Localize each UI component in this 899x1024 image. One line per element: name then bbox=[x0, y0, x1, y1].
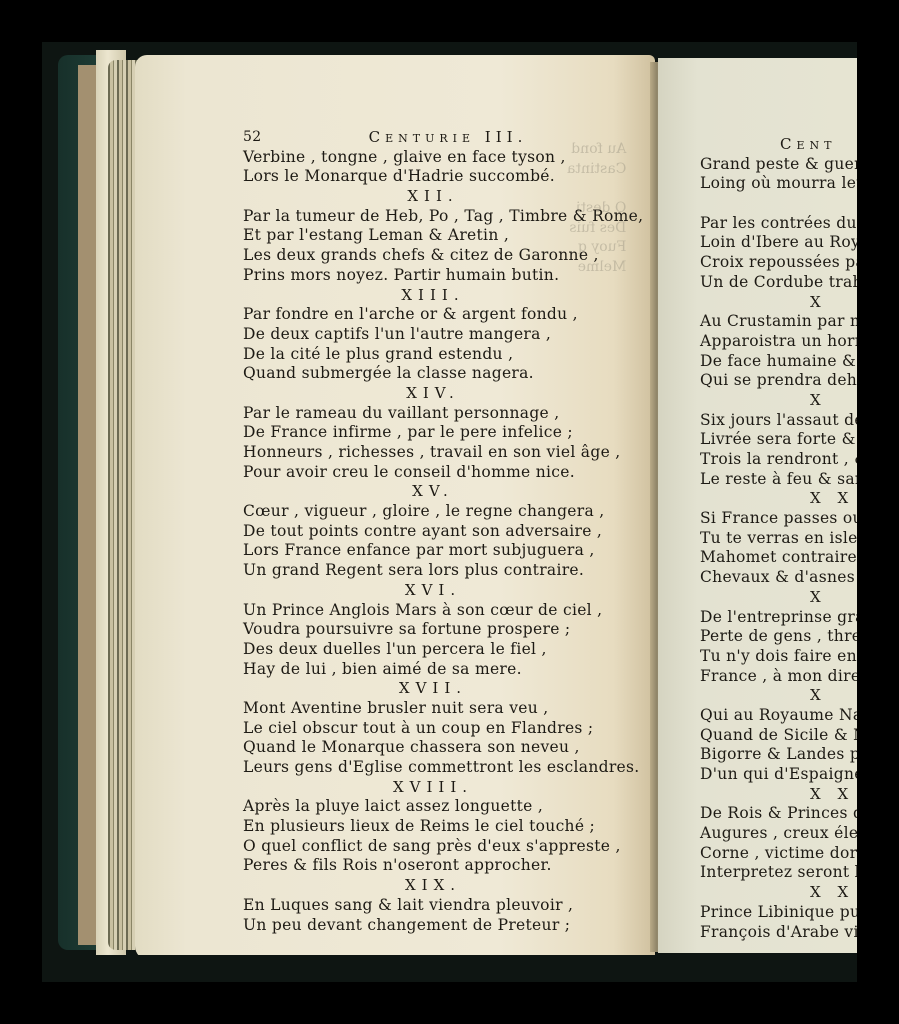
verse-line: Pour avoir creu le conseil d'homme nice. bbox=[243, 463, 623, 483]
verse-line: Bigorre & Landes par bbox=[700, 745, 857, 765]
verse-line: Lors le Monarque d'Hadrie succombé. bbox=[243, 167, 623, 187]
verse-line: Des deux duelles l'un percera le fiel , bbox=[243, 640, 623, 660]
verse-line: Peres & fils Rois n'oseront approcher. bbox=[243, 856, 623, 876]
verse-line: De France infirme , par le pere infelice… bbox=[243, 423, 623, 443]
verse-line: D'un qui d'Espaigne bbox=[700, 765, 857, 785]
verse-line: Quand le Monarque chassera son neveu , bbox=[243, 738, 623, 758]
page-number: 52 bbox=[243, 128, 273, 148]
verse-line: Honneurs , richesses , travail en son vi… bbox=[243, 443, 623, 463]
quatrain-number: X bbox=[700, 293, 857, 313]
verse-line: Le reste à feu & san bbox=[700, 470, 857, 490]
verse-line: Un peu devant changement de Preteur ; bbox=[243, 916, 623, 936]
quatrain-number: XV. bbox=[243, 482, 623, 502]
quatrain-number: XVII. bbox=[243, 679, 623, 699]
verse-line: Chevaux & d'asnes tu bbox=[700, 568, 857, 588]
verse-line: Tu n'y dois faire enc bbox=[700, 647, 857, 667]
right-page-text: Cent Grand peste & guerreLoing où mourra… bbox=[700, 135, 857, 942]
quatrain-number: X bbox=[700, 391, 857, 411]
verse-line: Quand submergée la classe nagera. bbox=[243, 364, 623, 384]
verse-line: Un grand Regent sera lors plus contraire… bbox=[243, 561, 623, 581]
verse-line: O quel conflict de sang près d'eux s'app… bbox=[243, 837, 623, 857]
verse-line: Le ciel obscur tout à un coup en Flandre… bbox=[243, 719, 623, 739]
running-head: Centurie III. bbox=[273, 128, 623, 148]
right-page-clip: Cent Grand peste & guerreLoing où mourra… bbox=[658, 58, 857, 953]
verse-line: En Luques sang & lait viendra pleuvoir , bbox=[243, 896, 623, 916]
verse-line: Au Crustamin par me bbox=[700, 312, 857, 332]
quatrain-number: X bbox=[700, 588, 857, 608]
verse-line: Livrée sera forte & a bbox=[700, 430, 857, 450]
verse-line: Mahomet contraire , bbox=[700, 548, 857, 568]
verse-line: Et par l'estang Leman & Aretin , bbox=[243, 226, 623, 246]
verse-line: Qui se prendra dehors bbox=[700, 371, 857, 391]
quatrain-number: XVIII. bbox=[243, 778, 623, 798]
verse-line: De l'entreprinse grand bbox=[700, 608, 857, 628]
right-verse-block: Grand peste & guerreLoing où mourra leuP… bbox=[700, 155, 857, 943]
quatrain-number: X X bbox=[700, 489, 857, 509]
verse-line: François d'Arabe vien bbox=[700, 923, 857, 943]
verse-line: Loing où mourra leu bbox=[700, 174, 857, 194]
verse-line: Hay de lui , bien aimé de sa mere. bbox=[243, 660, 623, 680]
verse-line: Un de Cordube trahin bbox=[700, 273, 857, 293]
verse-line: Six jours l'assaut dev bbox=[700, 411, 857, 431]
verse-line: Si France passes outre bbox=[700, 509, 857, 529]
verse-line: Quand de Sicile & N bbox=[700, 726, 857, 746]
quatrain-number: XVI. bbox=[243, 581, 623, 601]
verse-line: Par fondre en l'arche or & argent fondu … bbox=[243, 305, 623, 325]
verse-line: Corne , victime dorée bbox=[700, 844, 857, 864]
quatrain-number: X bbox=[700, 686, 857, 706]
verse-line: Apparoistra un horribl bbox=[700, 332, 857, 352]
verse-line: Tu te verras en isles bbox=[700, 529, 857, 549]
verse-line: De Rois & Princes dr bbox=[700, 804, 857, 824]
verse-line: Mont Aventine brusler nuit sera veu , bbox=[243, 699, 623, 719]
verse-block: Verbine , tongne , glaive en face tyson … bbox=[243, 148, 623, 936]
verse-line: France , à mon dire bbox=[700, 667, 857, 687]
verse-line: Voudra poursuivre sa fortune prospere ; bbox=[243, 620, 623, 640]
verse-line: Interpretez seront les bbox=[700, 863, 857, 883]
blank-line bbox=[700, 194, 857, 214]
verse-line: De face humaine & bbox=[700, 352, 857, 372]
quatrain-number: XIV. bbox=[243, 384, 623, 404]
verse-line: Un Prince Anglois Mars à son cœur de cie… bbox=[243, 601, 623, 621]
verse-line: En plusieurs lieux de Reims le ciel touc… bbox=[243, 817, 623, 837]
verse-line: Trois la rendront , & bbox=[700, 450, 857, 470]
verse-line: Qui au Royaume Nav bbox=[700, 706, 857, 726]
verse-line: Cœur , vigueur , gloire , le regne chang… bbox=[243, 502, 623, 522]
left-page-text: 52 Centurie III. Verbine , tongne , glai… bbox=[243, 128, 623, 935]
verse-line: Augures , creux éleve bbox=[700, 824, 857, 844]
page-header: 52 Centurie III. bbox=[243, 128, 623, 148]
quatrain-number: XIII. bbox=[243, 286, 623, 306]
verse-line: Après la pluye laict assez longuette , bbox=[243, 797, 623, 817]
verse-line: Prince Libinique puiss bbox=[700, 903, 857, 923]
verse-line: Leurs gens d'Eglise commettront les escl… bbox=[243, 758, 623, 778]
verse-line: Croix repoussées par bbox=[700, 253, 857, 273]
verse-line: Lors France enfance par mort subjuguera … bbox=[243, 541, 623, 561]
verse-line: Grand peste & guerre bbox=[700, 155, 857, 175]
quatrain-number: X X bbox=[700, 785, 857, 805]
verse-line: De la cité le plus grand estendu , bbox=[243, 345, 623, 365]
verse-line: Verbine , tongne , glaive en face tyson … bbox=[243, 148, 623, 168]
quatrain-number: XIX. bbox=[243, 876, 623, 896]
verse-line: Loin d'Ibere au Roy bbox=[700, 233, 857, 253]
verse-line: Par les contrées du g bbox=[700, 214, 857, 234]
verse-line: Prins mors noyez. Partir humain butin. bbox=[243, 266, 623, 286]
verse-line: Par la tumeur de Heb, Po , Tag , Timbre … bbox=[243, 207, 623, 227]
bottom-shadow bbox=[42, 955, 857, 982]
verse-line: Par le rameau du vaillant personnage , bbox=[243, 404, 623, 424]
right-running-head: Cent bbox=[700, 135, 857, 155]
verse-line: Les deux grands chefs & citez de Garonne… bbox=[243, 246, 623, 266]
quatrain-number: XII. bbox=[243, 187, 623, 207]
verse-line: De tout points contre ayant son adversai… bbox=[243, 522, 623, 542]
quatrain-number: X X bbox=[700, 883, 857, 903]
verse-line: De deux captifs l'un l'autre mangera , bbox=[243, 325, 623, 345]
verse-line: Perte de gens , thres bbox=[700, 627, 857, 647]
